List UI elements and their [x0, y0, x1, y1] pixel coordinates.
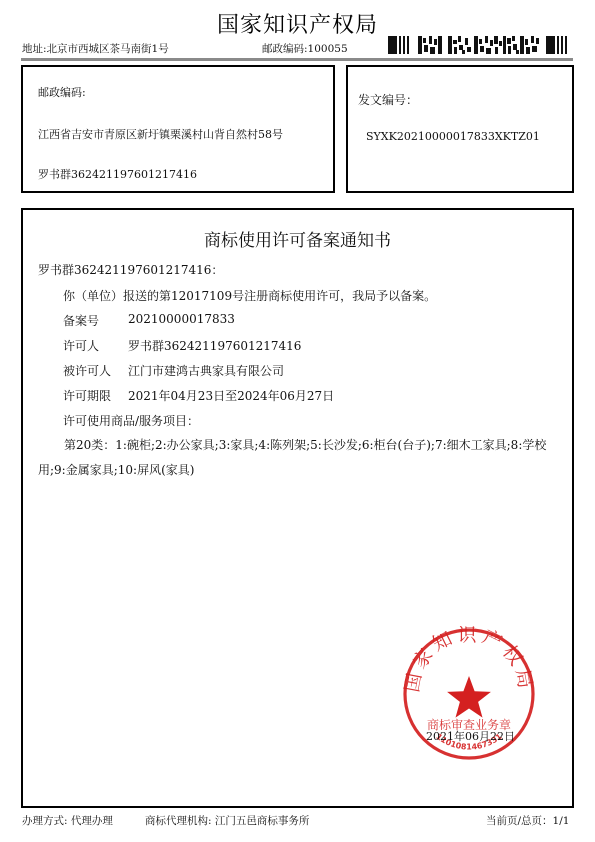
- recipient-name: 罗书群362421197601217416: [38, 166, 197, 182]
- field-label-licensee: 被许可人: [63, 362, 111, 379]
- office-title: 国家知识产权局: [0, 8, 595, 39]
- goods-label: 许可使用商品/服务项目：: [63, 412, 199, 429]
- office-address: 地址:北京市西城区茶马南街1号: [22, 41, 169, 56]
- issue-date: 2021年06月22日: [426, 728, 515, 744]
- field-label-licensor: 许可人: [63, 337, 99, 354]
- field-value-filing-number: 20210000017833: [128, 312, 235, 326]
- recipient-address: 江西省吉安市青原区新圩镇栗溪村山背自然村58号: [38, 126, 283, 142]
- header-divider: [21, 58, 573, 61]
- footer-agency: 商标代理机构: 江门五邑商标事务所: [145, 813, 309, 828]
- doc-number-box: [346, 65, 574, 193]
- field-value-licensor: 罗书群362421197601217416: [128, 337, 301, 354]
- doc-number-value: SYXK20210000017833XKTZ01: [366, 130, 540, 143]
- field-label-license-period: 许可期限: [63, 387, 111, 404]
- goods-list: 第20类：1:碗柜;2:办公家具;3:家具;4:陈列架;5:长沙发;6:柜台(台…: [38, 433, 558, 483]
- office-postal-code: 邮政编码:100055: [262, 41, 348, 56]
- footer-handling-method: 办理方式: 代理办理: [22, 813, 113, 828]
- doc-number-label: 发文编号：: [358, 91, 418, 108]
- barcode-icon: [388, 36, 570, 54]
- notice-intro: 你（单位）报送的第12017109号注册商标使用许可，我局予以备案。: [63, 287, 436, 304]
- notice-salutation: 罗书群362421197601217416：: [38, 261, 223, 278]
- field-value-license-period: 2021年04月23日至2024年06月27日: [128, 387, 334, 404]
- field-label-filing-number: 备案号: [63, 312, 99, 329]
- recipient-postal-code-label: 邮政编码:: [38, 84, 86, 100]
- notice-title: 商标使用许可备案通知书: [21, 226, 574, 251]
- footer-page-info: 当前页/总页：1/1: [486, 813, 569, 828]
- field-value-licensee: 江门市建鸿古典家具有限公司: [128, 362, 284, 379]
